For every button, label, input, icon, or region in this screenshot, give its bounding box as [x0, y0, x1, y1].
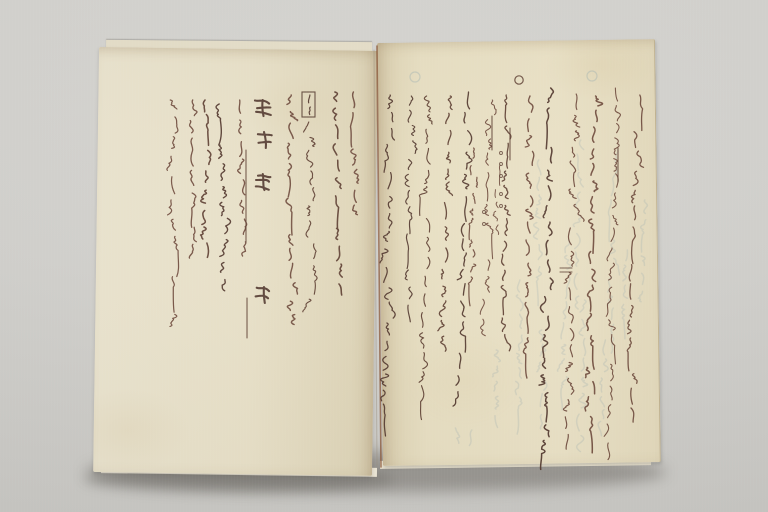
manuscript-photograph [0, 0, 768, 512]
left-page [93, 47, 378, 476]
right-page [377, 39, 661, 466]
